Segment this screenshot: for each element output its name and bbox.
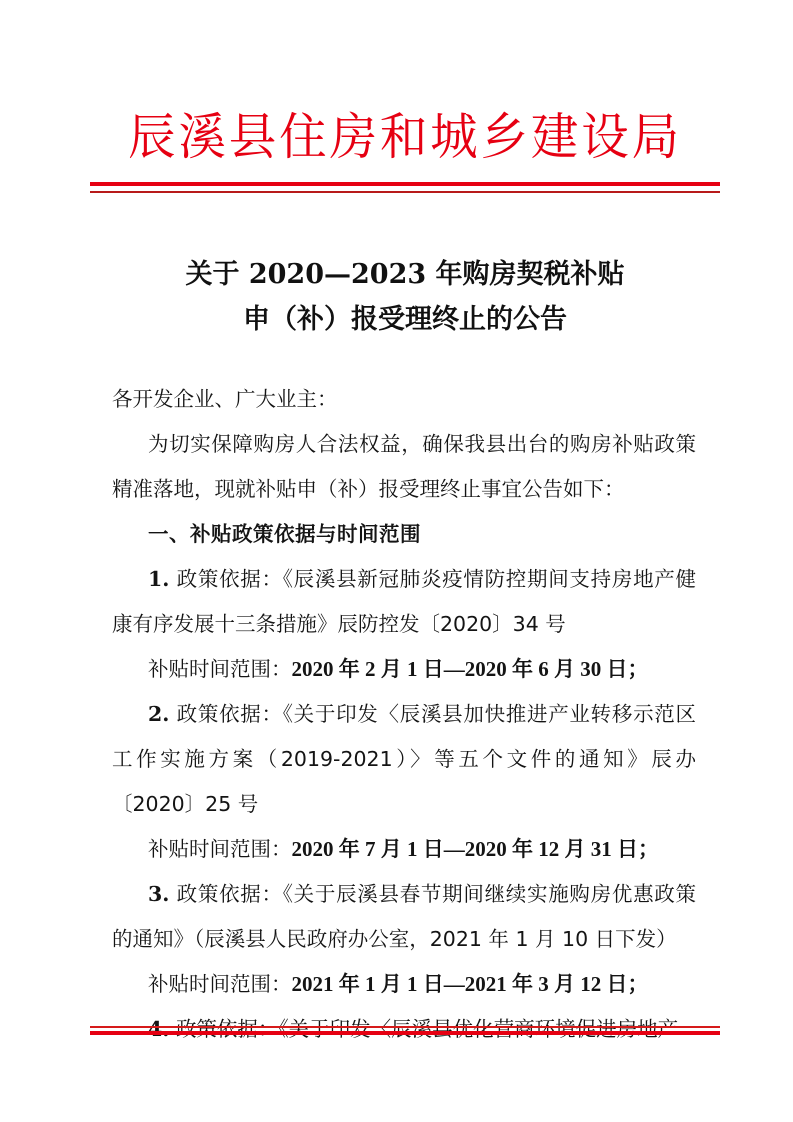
document-title: 关于 2020—2023 年购房契税补贴 申（补）报受理终止的公告 xyxy=(90,252,720,342)
basis-text: 《关于印发〈辰溪县优化营商环境促进房地产 xyxy=(278,1017,678,1041)
policy-item-1-basis: 1. 政策依据：《辰溪县新冠肺炎疫情防控期间支持房地产健康有序发展十三条措施》辰… xyxy=(112,557,696,647)
salutation: 各开发企业、广大业主： xyxy=(112,377,696,422)
item-number: 2. xyxy=(148,702,169,726)
footer-rule-thick xyxy=(90,1031,720,1035)
item-number: 3. xyxy=(148,882,169,906)
policy-item-3-basis: 3. 政策依据：《关于辰溪县春节期间继续实施购房优惠政策的通知》（辰溪县人民政府… xyxy=(112,872,696,962)
range-label: 补贴时间范围： xyxy=(148,657,292,681)
range-label: 补贴时间范围： xyxy=(148,972,292,996)
policy-item-3-range: 补贴时间范围：2021 年 1 月 1 日—2021 年 3 月 12 日； xyxy=(112,962,696,1007)
policy-item-4-basis: 4. 政策依据：《关于印发〈辰溪县优化营商环境促进房地产 xyxy=(112,1007,696,1052)
document-body: 各开发企业、广大业主： 为切实保障购房人合法权益，确保我县出台的购房补贴政策精准… xyxy=(112,377,696,1052)
basis-label: 政策依据： xyxy=(176,1017,279,1041)
document-page: 辰溪县住房和城乡建设局 关于 2020—2023 年购房契税补贴 申（补）报受理… xyxy=(0,0,793,1122)
range-dates: 2021 年 1 月 1 日—2021 年 3 月 12 日； xyxy=(292,972,649,996)
item-number: 4. xyxy=(148,1017,169,1041)
policy-item-2-range: 补贴时间范围：2020 年 7 月 1 日—2020 年 12 月 31 日； xyxy=(112,827,696,872)
title-line-1: 关于 2020—2023 年购房契税补贴 xyxy=(90,252,720,297)
intro-paragraph: 为切实保障购房人合法权益，确保我县出台的购房补贴政策精准落地，现就补贴申（补）报… xyxy=(112,422,696,512)
section-heading-1: 一、补贴政策依据与时间范围 xyxy=(112,512,696,557)
basis-label: 政策依据： xyxy=(177,882,283,906)
range-dates: 2020 年 7 月 1 日—2020 年 12 月 31 日； xyxy=(292,837,660,861)
policy-item-2-basis: 2. 政策依据：《关于印发〈辰溪县加快推进产业转移示范区工作实施方案（2019-… xyxy=(112,692,696,827)
title-line-2: 申（补）报受理终止的公告 xyxy=(90,297,720,342)
masthead-rule-thick xyxy=(90,182,720,186)
item-number: 1. xyxy=(148,567,169,591)
policy-item-1-range: 补贴时间范围：2020 年 2 月 1 日—2020 年 6 月 30 日； xyxy=(112,647,696,692)
masthead-org-name: 辰溪县住房和城乡建设局 xyxy=(106,104,705,170)
masthead-rule-thin xyxy=(90,191,720,193)
footer-rule-thin xyxy=(90,1026,720,1028)
range-label: 补贴时间范围： xyxy=(148,837,292,861)
basis-label: 政策依据： xyxy=(177,702,283,726)
range-dates: 2020 年 2 月 1 日—2020 年 6 月 30 日； xyxy=(292,657,649,681)
basis-label: 政策依据： xyxy=(177,567,283,591)
